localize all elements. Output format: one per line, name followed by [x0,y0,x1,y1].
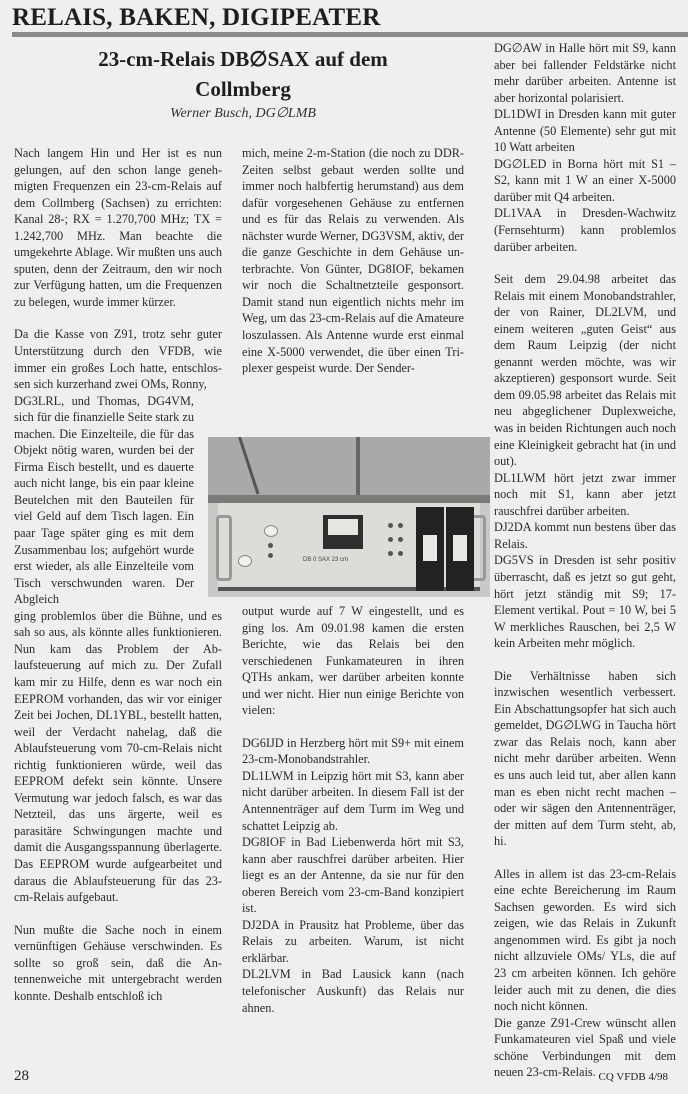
paragraph: Nun mußte die Sache noch in einem vernün… [14,922,222,1005]
paragraph: Da die Kasse von Z91, trotz sehr guter U… [14,326,222,392]
handle-left [216,515,232,581]
article-byline: Werner Busch, DG∅LMB [12,105,474,122]
knob [238,555,252,567]
page-number: 28 [14,1068,29,1085]
report-item: DL1DWI in Dresden kann mit guter Antenne… [494,106,676,156]
publication-name: CQ VFDB 4/98 [599,1071,668,1083]
header-rule [12,32,688,37]
report-item: DL1VAA in Dresden-Wachwitz (Fern­sehturm… [494,205,676,255]
relay-photo: DB 0 SAX 23 cm [208,437,490,597]
report-item: DJ2DA kommt nun bestens über das Relais. [494,519,676,552]
report-item: DJ2DA in Prausitz hat Probleme, über das… [242,917,464,967]
column-1: Nach langem Hin und Her ist es nun gelun… [14,145,222,1004]
paragraph: Seit dem 29.04.98 arbeitet das Relais mi… [494,271,676,470]
paragraph: output wurde auf 7 W eingestellt, und es… [242,603,464,719]
report-item: DG∅AW in Halle hört mit S9, kann aber be… [494,40,676,106]
front-label: DB 0 SAX 23 cm [303,557,348,563]
report-item: DG6IJD in Herzberg hört mit S9+ mit eine… [242,735,464,768]
article-title: 23-cm-Relais DB∅SAX auf dem Collmberg [12,44,474,104]
power-module [416,507,444,591]
paragraph: Nach langem Hin und Her ist es nun gelun… [14,145,222,310]
report-item: DG8IOF in Bad Liebenwerda hört mit S3, k… [242,834,464,917]
report-item: DL1LWM hört jetzt zwar immer noch mit S1… [494,470,676,520]
column-2-bottom: output wurde auf 7 W eingestellt, und es… [242,603,464,1016]
paragraph: DG3LRL, und Thomas, DG4VM, sich für die … [14,393,194,608]
power-module [446,507,474,591]
report-item: DL2LVM in Bad Lausick kann (nach telefon… [242,966,464,1016]
paragraph: ging problemlos über die Bühne, und es s… [14,608,222,906]
report-item: DG∅LED in Borna hört mit S1 – S2, kann m… [494,156,676,206]
report-item: DL1LWM in Leipzig hört mit S3, kann aber… [242,768,464,834]
knob [264,525,278,537]
led [268,553,273,558]
paragraph: Alles in allem ist das 23-cm-Relais eine… [494,866,676,1015]
meter [323,515,363,549]
article-title-line2: Collmberg [12,74,474,104]
paragraph: Die Verhältnisse haben sich inzwischen w… [494,668,676,850]
paragraph: mich, meine 2-m-Station (die noch zu DDR… [242,145,464,377]
column-3: DG∅AW in Halle hört mit S9, kann aber be… [494,40,676,1081]
article-title-line1: 23-cm-Relais DB∅SAX auf dem [12,44,474,74]
report-item: DG5VS in Dresden ist sehr posi­tiv überr… [494,552,676,651]
column-2-top: mich, meine 2-m-Station (die noch zu DDR… [242,145,464,377]
section-title: RELAIS, BAKEN, DIGIPEATER [12,4,381,32]
led [268,543,273,548]
